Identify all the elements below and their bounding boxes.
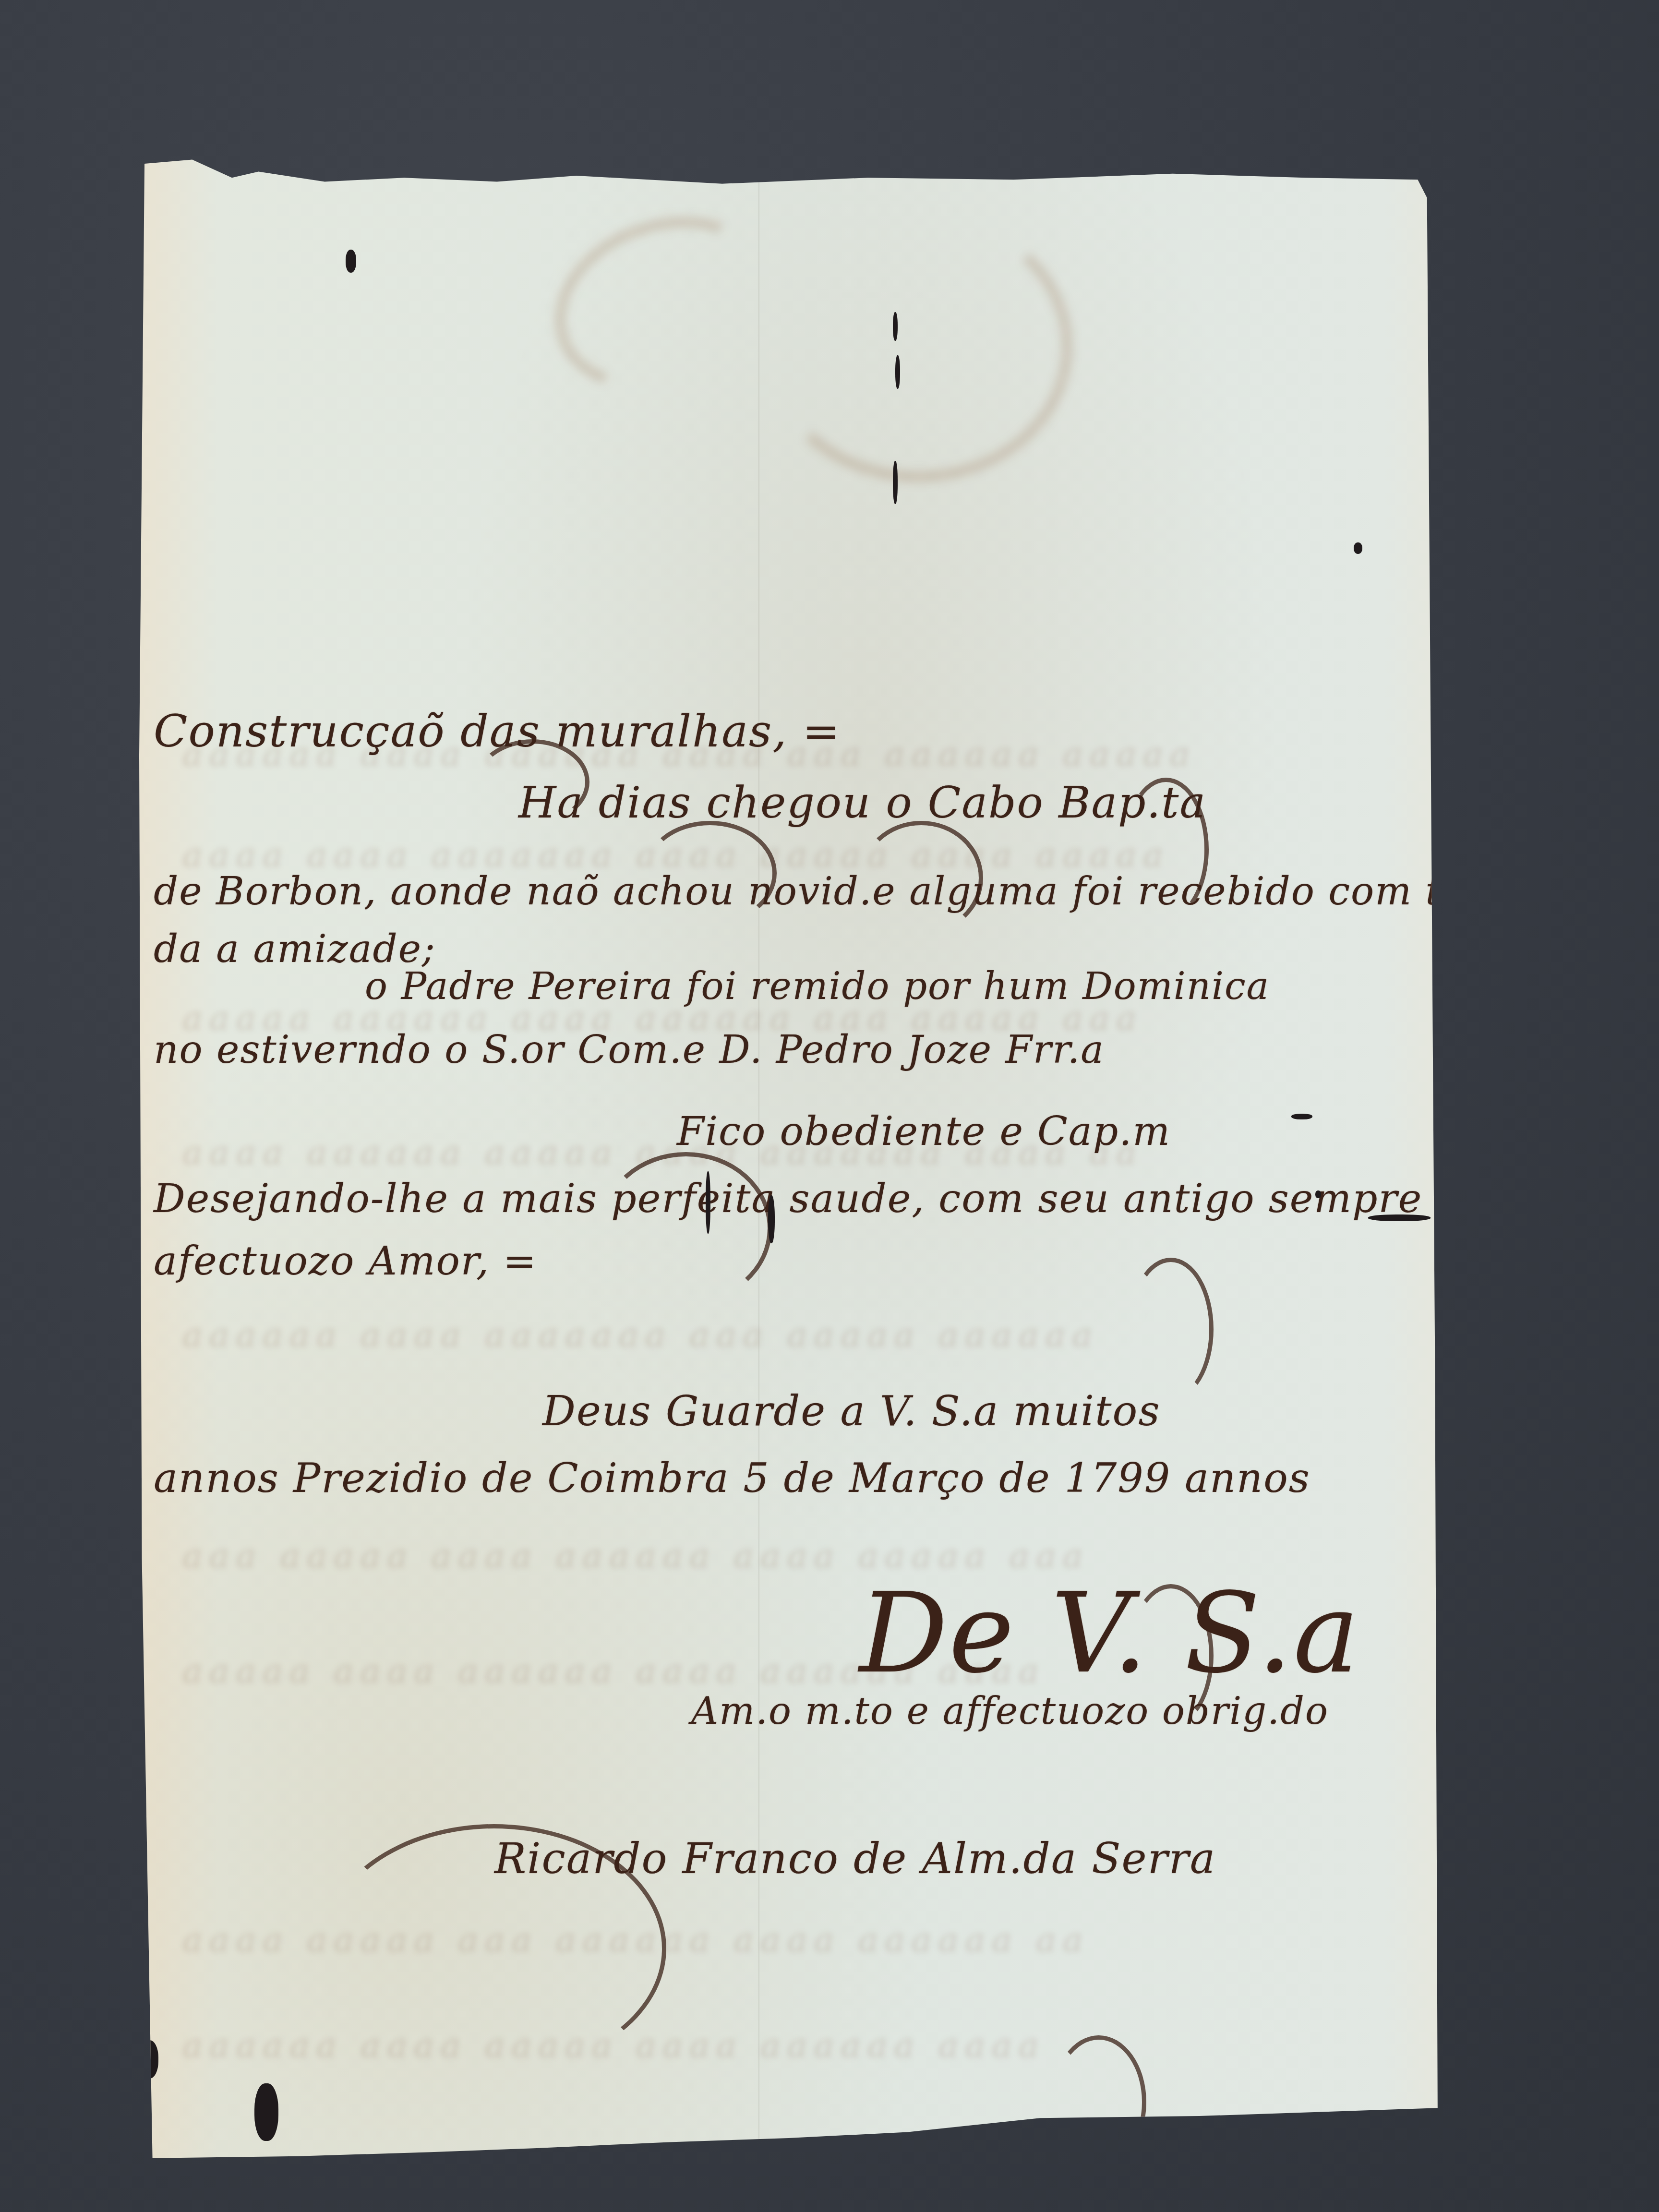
ink-blot: [139, 2040, 158, 2079]
ink-blot: [893, 461, 898, 504]
manuscript-line-9: afectuozo Amor, =: [154, 1238, 537, 1284]
signature: Ricardo Franco de Alm.da Serra: [494, 1834, 1216, 1883]
closing-abbreviation: De V. S.a: [859, 1570, 1360, 1698]
salutation-line-2: annos Prezidio de Coimbra 5 de Março de …: [154, 1455, 1310, 1502]
pen-flourish: [1051, 2035, 1146, 2169]
ink-bleed-stain: [763, 211, 1072, 482]
pen-flourish: [600, 1152, 772, 1305]
salutation-line-1: Deus Guarde a V. S.a muitos: [542, 1387, 1161, 1435]
ink-blot: [1368, 1214, 1431, 1221]
ink-blot: [1354, 542, 1362, 554]
ink-blot: [254, 2083, 278, 2141]
ink-blot: [706, 1171, 710, 1234]
pen-flourish: [1128, 1258, 1214, 1401]
manuscript-line-6: no estiverndo o S.or Com.e D. Pedro Joze…: [154, 1027, 1105, 1072]
ink-blot: [768, 1195, 775, 1243]
ink-blot: [346, 250, 356, 273]
closing-line: Am.o m.to e affectuozo obrig.do: [691, 1690, 1329, 1733]
ink-bleed-stain: [530, 188, 796, 419]
manuscript-line-2: Ha dias chegou o Cabo Bap.ta: [518, 778, 1206, 828]
ink-blot: [1315, 1190, 1321, 1198]
manuscript-line-1: Construcçaõ das muralhas, =: [154, 706, 841, 757]
manuscript-line-3: de Borbon, aonde naõ achou novid.e algum…: [154, 869, 1466, 914]
manuscript-line-7: Fico obediente e Cap.m: [677, 1109, 1171, 1154]
manuscript-line-5: o Padre Pereira foi remido por hum Domin…: [365, 965, 1270, 1008]
ink-blot: [895, 355, 900, 389]
ink-blot: [893, 312, 898, 341]
right-fold-line: [1450, 154, 1451, 2160]
bleed-through-text: aaaaaa aaaa aaaaaaa aaa aaaaa aaaaaa: [182, 1315, 1099, 1355]
manuscript-line-8: Desejando-lhe a mais perfeita saude, com…: [154, 1176, 1422, 1222]
ink-blot: [1469, 1930, 1477, 1941]
manuscript-page: aaaaaa aaaa aaaaaa aaaa aaa aaaaaa aaaaa…: [139, 154, 1464, 2160]
ink-blot: [1291, 1114, 1312, 1119]
